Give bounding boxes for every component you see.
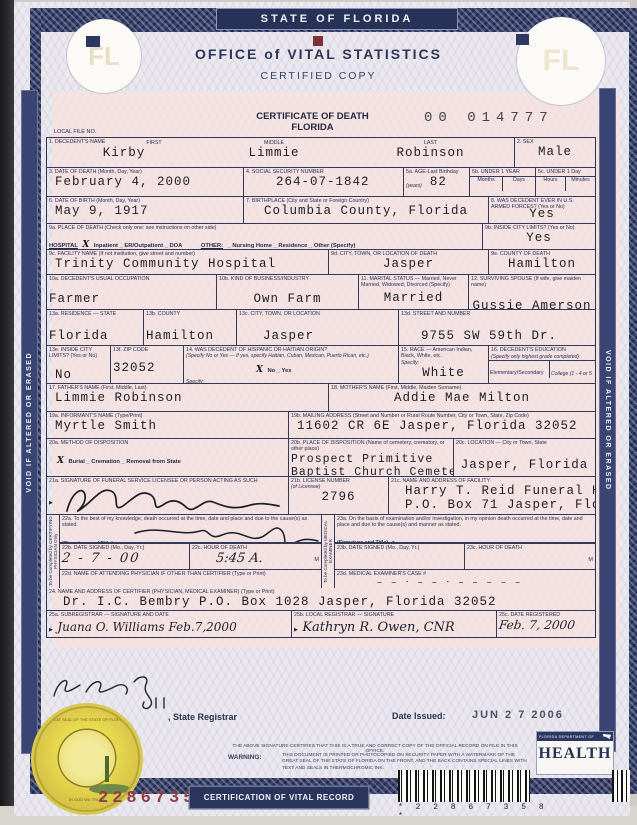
row-occupation: 10a. DECEDENT'S USUAL OCCUPATION Farmer …	[47, 275, 595, 310]
field-value: February 4, 2000	[55, 175, 241, 189]
field-surviving-spouse: 12. SURVIVING SPOUSE (If wife, give maid…	[469, 275, 595, 310]
health-dept-line: FLORIDA DEPARTMENT OF	[539, 735, 594, 739]
field-value: 264-07-1842	[276, 175, 401, 189]
row-place-of-death: 9a. PLACE OF DEATH (Check only one: see …	[47, 224, 595, 250]
field-informant-name: 19a. INFORMANT'S NAME (Type/Print) Myrtl…	[47, 412, 289, 439]
field-residence-county: 13b. COUNTY Hamilton	[144, 310, 237, 346]
certified-copy-label: CERTIFIED COPY	[0, 70, 637, 82]
field-county-of-death: 9e. COUNTY OF DEATH Hamilton	[489, 250, 595, 275]
field-place-of-disposition: 20b. PLACE OF DISPOSITION (Name of cemet…	[289, 439, 454, 477]
row-parents: 17. FATHER'S NAME (First, Middle, Last) …	[47, 384, 595, 412]
field-place-of-death: 9a. PLACE OF DEATH (Check only one: see …	[47, 224, 483, 250]
col-physician: 22a. To the best of my knowledge, death …	[60, 515, 322, 588]
field-father-name: 17. FATHER'S NAME (First, Middle, Last) …	[47, 384, 329, 412]
row-certifier-name: 24. NAME AND ADDRESS OF CERTIFIER (PHYSI…	[47, 588, 595, 611]
field-disposition-location: 20c. LOCATION — City or Town, State Jasp…	[454, 439, 595, 477]
row-residence: 13a. RESIDENCE — STATE Florida 13b. COUN…	[47, 310, 595, 346]
field-residence-state: 13a. RESIDENCE — STATE Florida	[47, 310, 144, 346]
field-birthplace: 7. BIRTHPLACE (City and State or Foreign…	[244, 197, 489, 224]
field-attending-physician: 22d. NAME OF ATTENDING PHYSICIAN IF OTHE…	[60, 569, 321, 588]
field-business-industry: 10b. KIND OF BUSINESS/INDUSTRY Own Farm	[217, 275, 359, 310]
field-residence-city: 13c. CITY, TOWN, OR LOCATION Jasper	[237, 310, 399, 346]
barcode	[398, 770, 530, 802]
field-race: 15. RACE — American Indian, Black, White…	[399, 346, 489, 384]
state-registrar-title: , State Registrar	[168, 712, 237, 722]
seal-emblem	[59, 730, 115, 786]
seal-palm-tree	[105, 756, 109, 782]
field-occupation: 10a. DECEDENT'S USUAL OCCUPATION Farmer	[47, 275, 217, 310]
scanned-death-certificate: STATE OF FLORIDA FL FL OFFICE of VITAL S…	[0, 0, 637, 825]
row-registrars: 25a. SUBREGISTRAR — SIGNATURE AND DATE ▶…	[47, 611, 595, 637]
office-title: OFFICE of VITAL STATISTICS	[0, 46, 637, 62]
field-armed-forces: 8. WAS DECEDENT EVER IN U.S. ARMED FORCE…	[489, 197, 595, 224]
field-funeral-facility: 21c. NAME AND ADDRESS OF FACILITY Harry …	[389, 477, 595, 515]
funeral-licensee-signature	[59, 483, 284, 515]
field-value: 2 - 7 - 00	[61, 551, 188, 566]
signature-arrow-icon: ▶	[118, 541, 122, 543]
row-birth: 6. DATE OF BIRTH (Month, Day, Year) May …	[47, 197, 595, 224]
state-banner: STATE OF FLORIDA	[216, 8, 458, 30]
red-square-marker	[313, 36, 323, 46]
field-mother-name: 18. MOTHER'S NAME (First, Middle, Maiden…	[329, 384, 595, 412]
field-physician-certification: 22a. To the best of my knowledge, death …	[60, 515, 321, 543]
signature-arrow-icon: ▶	[49, 500, 53, 506]
field-hour-of-death: 22c. HOUR OF DEATH 5:45 A. M	[190, 544, 321, 569]
strip-certifying-physician: To be Completed by CERTIFYING PHYSICIAN …	[47, 515, 60, 588]
field-value: 82	[430, 175, 447, 189]
other-label: OTHER:	[201, 243, 223, 249]
field-under-1-day: 5c. UNDER 1 Day HoursMinutes	[536, 168, 595, 197]
row-death-date: 3. DATE OF DEATH (Month, Day, Year) Febr…	[47, 168, 595, 197]
seal-ring-text: GREAT SEAL OF THE STATE OF FLORIDA	[36, 717, 138, 722]
health-logo-text: HEALTH	[537, 741, 613, 767]
local-file-label: LOCAL FILE NO.	[54, 129, 96, 135]
health-department-logo: FLORIDA DEPARTMENT OF HEALTH	[537, 732, 613, 774]
field-method-of-disposition: 20a. METHOD OF DISPOSITION X Burial _ Cr…	[47, 439, 289, 477]
field-certifier-name-address: 24. NAME AND ADDRESS OF CERTIFIER (PHYSI…	[47, 588, 595, 611]
field-facility-name: 9c. FACILITY NAME (If not institution, g…	[47, 250, 329, 275]
field-examiner-hour-of-death: 23c. HOUR OF DEATH M	[465, 544, 595, 569]
field-inside-city-limits-residence: 13e. INSIDE CITY LIMITS? (Yes or No) No	[47, 346, 111, 384]
col-medical-examiner: 23a. On the basis of examination and/or …	[335, 515, 595, 588]
field-license-number: 21b. LICENSE NUMBER (of Licensee) 2796	[289, 477, 389, 515]
field-date-of-death: 3. DATE OF DEATH (Month, Day, Year) Febr…	[47, 168, 244, 197]
hospital-label: HOSPITAL	[49, 243, 78, 249]
signature-arrow-icon: ▶	[49, 627, 53, 633]
field-decedent-name: 1. DECEDENT'S NAME FIRSTKirby MIDDLELimm…	[47, 138, 515, 168]
first-name: Kirby	[49, 146, 199, 160]
field-subregistrar-signature: 25a. SUBREGISTRAR — SIGNATURE AND DATE ▶…	[47, 611, 292, 637]
field-label: 1. DECEDENT'S NAME	[49, 139, 105, 145]
field-examiner-date-signed: 23b. DATE SIGNED (Mo., Day, Yr.)	[335, 544, 465, 569]
last-name: Robinson	[349, 146, 512, 160]
field-residence-street: 13d. STREET AND NUMBER 9755 SW 59th Dr.	[399, 310, 595, 346]
vital-record-banner: CERTIFICATION OF VITAL RECORD	[190, 787, 368, 808]
field-age: 5a. AGE-Last Birthday (years)82	[404, 168, 470, 197]
barcode-edge-fragment	[612, 770, 630, 802]
field-funeral-signature: 21a. SIGNATURE OF FUNERAL SERVICE LICENS…	[47, 477, 289, 515]
row-informant: 19a. INFORMANT'S NAME (Type/Print) Myrtl…	[47, 412, 595, 439]
field-hispanic-origin: 14. WAS DECEDENT OF HISPANIC OR HAITIAN …	[184, 346, 399, 384]
scanner-edge	[0, 0, 14, 806]
strip-medical-examiner: To be Completed by MEDICAL EXAMINER	[322, 515, 335, 588]
void-band-right: VOID IF ALTERED OR ERASED	[599, 88, 616, 752]
row-demographics: 13e. INSIDE CITY LIMITS? (Yes or No) No …	[47, 346, 595, 384]
field-education: 16. DECEDENT'S EDUCATION (Specify only h…	[489, 346, 595, 384]
signature-arrow-icon: ▶	[294, 627, 298, 633]
row-disposition: 20a. METHOD OF DISPOSITION X Burial _ Cr…	[47, 439, 595, 477]
florida-shape-icon	[603, 734, 611, 739]
field-zip-code: 13f. ZIP CODE 32052	[111, 346, 184, 384]
field-examiner-case-number: 23d. MEDICAL EXAMINER'S CASE # – – · – –…	[335, 569, 595, 588]
row-facility: 9c. FACILITY NAME (If not institution, g…	[47, 250, 595, 275]
field-ssn: 4. SOCIAL SECURITY NUMBER 264-07-1842	[244, 168, 404, 197]
field-date-registered: 25c. DATE REGISTERED Feb. 7, 2000	[497, 611, 595, 637]
field-inside-city-limits-death: 9b. INSIDE CITY LIMITS? (Yes or No) Yes	[483, 224, 595, 250]
signature-arrow-icon: ▶	[393, 540, 397, 543]
certificate-number: 00 014777	[424, 110, 554, 126]
date-issued-label: Date Issued:	[392, 711, 446, 721]
middle-name: Limmie	[199, 146, 349, 160]
field-sex: 2. SEX Male	[515, 138, 595, 168]
barcode-digits: * 2 2 8 6 7 3 5 8 *	[398, 803, 548, 821]
field-value: 5:45 A.	[215, 551, 320, 566]
field-examiner-certification: 23a. On the basis of examination and/or …	[335, 515, 595, 543]
border-right	[629, 8, 637, 794]
field-local-registrar-signature: 25b. LOCAL REGISTRAR — SIGNATURE ▶ Kathr…	[292, 611, 497, 637]
date-issued-value: JUN 2 7 2006	[472, 709, 564, 721]
row-funeral: 21a. SIGNATURE OF FUNERAL SERVICE LICENS…	[47, 477, 595, 515]
field-city-of-death: 9d. CITY, TOWN, OR LOCATION OF DEATH Jas…	[329, 250, 489, 275]
field-value: Male	[517, 145, 593, 159]
field-physician-date-signed: 22b. DATE SIGNED (Mo., Day, Yr.) 2 - 7 -…	[60, 544, 190, 569]
certificate-title-line2: FLORIDA	[225, 123, 400, 134]
field-date-of-birth: 6. DATE OF BIRTH (Month, Day, Year) May …	[47, 197, 244, 224]
row-certifier-block: To be Completed by CERTIFYING PHYSICIAN …	[47, 515, 595, 588]
hospital-checkmark: X	[82, 240, 89, 250]
warning-label: WARNING:	[228, 754, 262, 761]
field-marital-status: 11. MARITAL STATUS — Married, Never Marr…	[359, 275, 469, 310]
field-under-1-year: 5b. UNDER 1 YEAR MonthsDays	[470, 168, 536, 197]
no-checkmark: X	[256, 365, 263, 375]
navy-square-right	[516, 34, 529, 45]
burial-checkmark: X	[57, 456, 64, 466]
void-band-left: VOID IF ALTERED OR ERASED	[21, 90, 38, 754]
row-decedent: 1. DECEDENT'S NAME FIRSTKirby MIDDLELimm…	[47, 138, 595, 168]
field-value: – – · – – · – – – – –	[376, 577, 594, 588]
local-registrar-signature: Kathryn R. Owen, CNR	[302, 620, 454, 635]
certificate-title: CERTIFICATE OF DEATH FLORIDA	[225, 112, 400, 134]
field-value: Feb. 7, 2000	[498, 618, 594, 632]
name-columns: FIRSTKirby MIDDLELimmie LASTRobinson	[49, 140, 512, 160]
subregistrar-signature: Juana O. Williams Feb.7,2000	[57, 620, 236, 634]
death-certificate-form: 1. DECEDENT'S NAME FIRSTKirby MIDDLELimm…	[46, 137, 596, 638]
field-informant-address: 19b. MAILING ADDRESS (Street and Number …	[289, 412, 595, 439]
